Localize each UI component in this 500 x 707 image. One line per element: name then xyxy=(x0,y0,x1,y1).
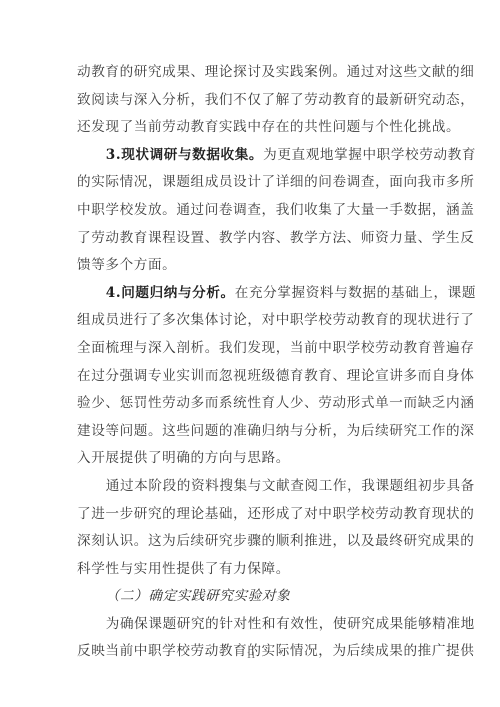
text-run: 为更直观地掌握中职学校劳动教育 xyxy=(263,147,476,163)
text-line: 在过分强调专业实训而忽视班级德育教育、理论宣讲多而自身体 xyxy=(77,363,423,391)
text-line: 动教育的研究成果、理论探讨及实践案例。通过对这些文献的细 xyxy=(77,59,423,87)
text-line: 建设等问题。这些问题的准确归纳与分析，为后续研究工作的深 xyxy=(77,418,423,446)
text-line: 深刻认识。这为后续研究步骤的顺利推进，以及最终研究成果的 xyxy=(77,528,423,556)
text-line: 馈等多个方面。 xyxy=(77,252,423,280)
page-number: 11 xyxy=(244,650,258,660)
subsection-heading: （二）确定实践研究实验对象 xyxy=(77,583,423,611)
text-line: 中职学校发放。通过问卷调查，我们收集了大量一手数据，涵盖 xyxy=(77,197,423,225)
text-line: 了进一步研究的理论基础，还形成了对中职学校劳动教育现状的 xyxy=(77,501,423,529)
body-text: 动教育的研究成果、理论探讨及实践案例。通过对这些文献的细 致阅读与深入分析，我们… xyxy=(77,59,423,666)
text-line: 验少、惩罚性劳动多而系统性育人少、劳动形式单一而缺乏内涵 xyxy=(77,390,423,418)
section-4-line: 4.问题归纳与分析。在充分掌握资料与数据的基础上，课题 xyxy=(77,280,423,308)
summary-paragraph-start: 通过本阶段的资料搜集与文献查阅工作，我课题组初步具备 xyxy=(77,473,423,501)
text-line: 组成员进行了多次集体讨论，对中职学校劳动教育的现状进行了 xyxy=(77,307,423,335)
text-line: 全面梳理与深入剖析。我们发现，当前中职学校劳动教育普遍存 xyxy=(77,335,423,363)
text-line: 科学性与实用性提供了有力保障。 xyxy=(77,556,423,584)
section-3-line: 3.现状调研与数据收集。为更直观地掌握中职学校劳动教育 xyxy=(77,142,423,170)
document-page: 动教育的研究成果、理论探讨及实践案例。通过对这些文献的细 致阅读与深入分析，我们… xyxy=(0,0,500,707)
text-line: 了劳动教育课程设置、教学内容、教学方法、师资力量、学生反 xyxy=(77,225,423,253)
text-line: 还发现了当前劳动教育实践中存在的共性问题与个性化挑战。 xyxy=(77,114,423,142)
text-run: 在充分掌握资料与数据的基础上，课题 xyxy=(235,285,476,301)
section-3-heading: 3.现状调研与数据收集。 xyxy=(106,147,263,163)
text-line: 的实际情况，课题组成员设计了详细的问卷调查，面向我市多所 xyxy=(77,169,423,197)
text-line: 入开展提供了明确的方向与思路。 xyxy=(77,445,423,473)
text-line: 致阅读与深入分析，我们不仅了解了劳动教育的最新研究动态， xyxy=(77,87,423,115)
section-4-heading: 4.问题归纳与分析。 xyxy=(106,285,235,301)
paragraph-start: 为确保课题研究的针对性和有效性，使研究成果能够精准地 xyxy=(77,611,423,639)
